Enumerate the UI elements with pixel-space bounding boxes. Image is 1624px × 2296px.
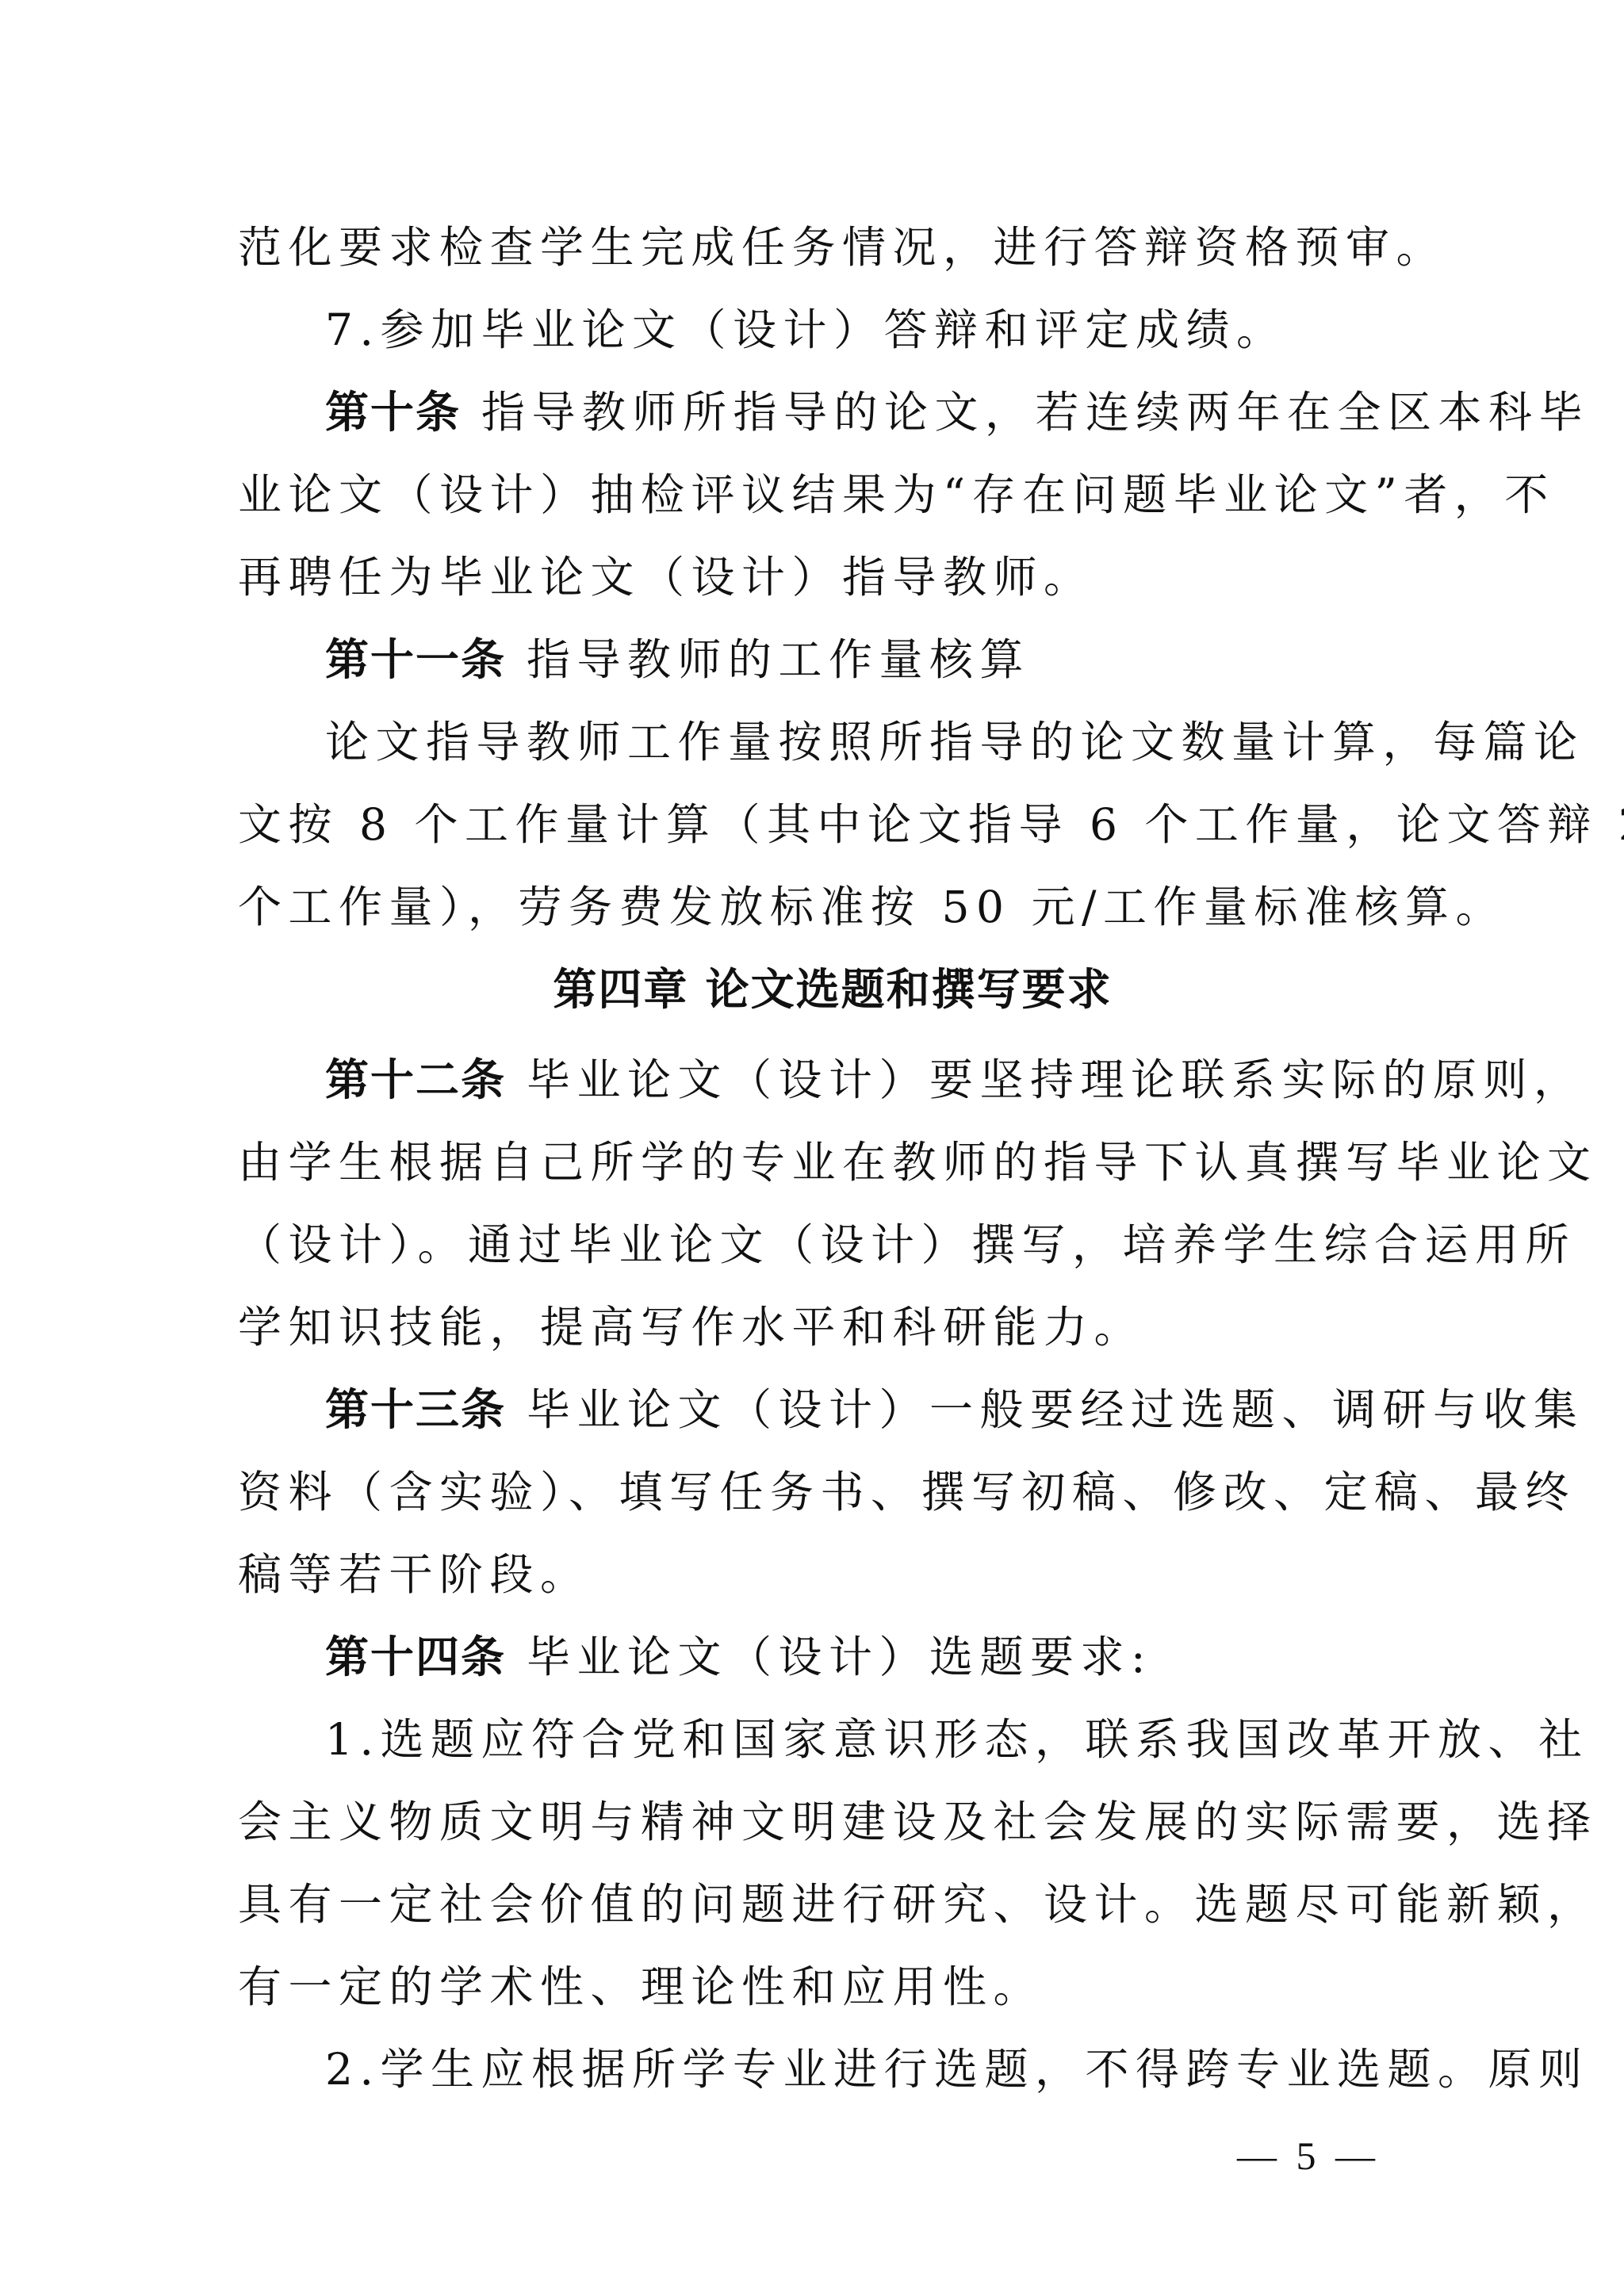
paragraph-line: 资料（含实验）、填写任务书、撰写初稿、修改、定稿、最终 [238, 1467, 1427, 1517]
paragraph-line: 会主义物质文明与精神文明建设及社会发展的实际需要，选择 [238, 1797, 1427, 1847]
article-14-line: 第十四条 毕业论文（设计）选题要求: [238, 1632, 1427, 1682]
article-heading: 第十一条 [325, 634, 506, 685]
paragraph-line: 具有一定社会价值的问题进行研究、设计。选题尽可能新颖， [238, 1879, 1427, 1930]
article-text: 指导教师所指导的论文，若连续两年在全区本科毕 [461, 387, 1589, 438]
list-item-line: 2.学生应根据所学专业进行选题，不得跨专业选题。原则 [238, 2044, 1427, 2095]
paragraph-line: 文按 8 个工作量计算（其中论文指导 6 个工作量，论文答辩 2 [238, 799, 1427, 850]
paragraph-line: 业论文（设计）抽检评议结果为“存在问题毕业论文”者，不 [238, 469, 1427, 520]
paragraph-line: 学知识技能，提高写作水平和科研能力。 [238, 1302, 1427, 1353]
page-number: — 5 — [1237, 2133, 1380, 2179]
chapter-heading: 第四章 论文选题和撰写要求 [238, 964, 1427, 1015]
article-heading: 第十三条 [325, 1384, 506, 1435]
paragraph-line: 由学生根据自己所学的专业在教师的指导下认真撰写毕业论文 [238, 1137, 1427, 1188]
paragraph-line: 再聘任为毕业论文（设计）指导教师。 [238, 552, 1427, 603]
paragraph-line: 范化要求检查学生完成任务情况，进行答辩资格预审。 [238, 222, 1427, 273]
article-text: 指导教师的工作量核算 [506, 634, 1030, 685]
article-13-line: 第十三条 毕业论文（设计）一般要经过选题、调研与收集 [238, 1384, 1427, 1435]
article-11-line: 第十一条 指导教师的工作量核算 [238, 634, 1427, 685]
paragraph-line: 论文指导教师工作量按照所指导的论文数量计算，每篇论 [238, 717, 1427, 767]
paragraph-line: 稿等若干阶段。 [238, 1549, 1427, 1600]
paragraph-line: 有一定的学术性、理论性和应用性。 [238, 1961, 1427, 2012]
article-text: 毕业论文（设计）要坚持理论联系实际的原则， [506, 1054, 1584, 1105]
article-10-line: 第十条 指导教师所指导的论文，若连续两年在全区本科毕 [238, 387, 1427, 438]
article-12-line: 第十二条 毕业论文（设计）要坚持理论联系实际的原则， [238, 1054, 1427, 1105]
article-heading: 第十条 [325, 387, 461, 438]
article-heading: 第十二条 [325, 1054, 506, 1105]
paragraph-line: （设计）。通过毕业论文（设计）撰写，培养学生综合运用所 [238, 1219, 1427, 1270]
paragraph-line: 7.参加毕业论文（设计）答辩和评定成绩。 [238, 304, 1427, 355]
article-text: 毕业论文（设计）选题要求: [506, 1632, 1152, 1682]
article-heading: 第十四条 [325, 1632, 506, 1682]
list-item-line: 1.选题应符合党和国家意识形态，联系我国改革开放、社 [238, 1714, 1427, 1765]
paragraph-line: 个工作量），劳务费发放标准按 50 元/工作量标准核算。 [238, 882, 1427, 932]
article-text: 毕业论文（设计）一般要经过选题、调研与收集 [506, 1384, 1584, 1435]
